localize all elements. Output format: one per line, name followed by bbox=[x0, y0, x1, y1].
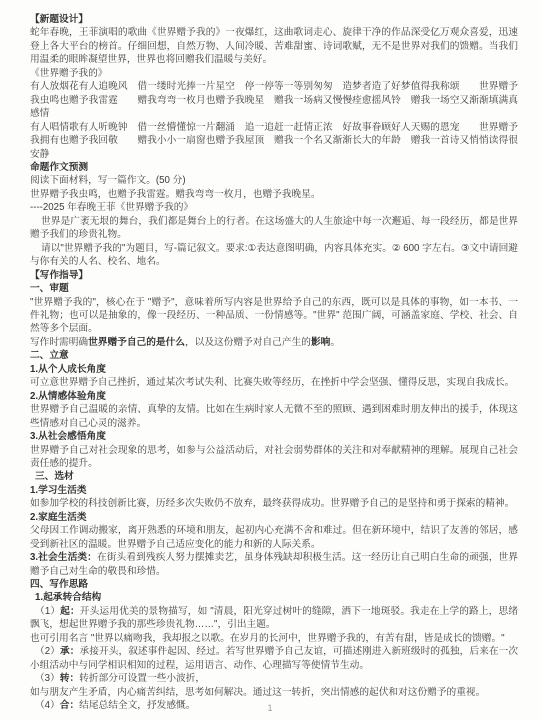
study-life-paragraph: 如参加学校的科技创新比赛，历经多次失败仍不放弃，最终获得成功。世界赠予自己的是坚… bbox=[30, 497, 518, 510]
bold-text-run: 3.从社会感悟角度 bbox=[30, 431, 106, 442]
text-run: "世界赠予我的"，核心在于 "赠予"，意味着所写内容是世界给予自己的东西，既可以… bbox=[30, 297, 518, 335]
structure-qi-paragraph: （1）起：开头运用优美的景物描写，如 "清晨，阳光穿过树叶的缝隙，洒下一地斑驳。… bbox=[30, 605, 518, 632]
text-run: 承接开头，叙述事件起因、经过。若写世界赠予自己友谊，可描述刚进入新班级时的孤独，… bbox=[30, 646, 518, 670]
bold-text-run: 3.社会生活类： bbox=[30, 552, 97, 563]
structure-zhuan-detail: 如与朋友产生矛盾，内心痛苦纠结，思考如何解决。通过这一转折，突出情感的起伏和对这… bbox=[30, 686, 518, 699]
heading-essay-prediction: 命题作文预测 bbox=[30, 161, 518, 174]
heading-topic-analysis: 一、审题 bbox=[30, 282, 518, 295]
text-run: 写作时需明确 bbox=[30, 337, 88, 348]
text-run: 世界赠予我虫鸣，也赠予我雷霆。赠我弯弯一枚月，也赠予我晚星。 bbox=[30, 189, 321, 200]
bold-text-run: 四、写作思路 bbox=[30, 579, 88, 590]
structure-cheng-paragraph: （2）承：承接开头，叙述事件起因、经过。若写世界赠予自己友谊，可描述刚进入新班级… bbox=[30, 645, 518, 672]
text-run: 开头运用优美的景物描写，如 "清晨，阳光穿过树叶的缝隙，洒下一地斑驳。我走在上学… bbox=[30, 606, 518, 630]
heading-writing-approach: 四、写作思路 bbox=[30, 578, 518, 591]
text-run: 。 bbox=[330, 337, 340, 348]
heading-structure: 1.起承转合结构 bbox=[30, 591, 518, 604]
page-number: 1 bbox=[267, 703, 272, 713]
text-run: （3） bbox=[35, 673, 60, 684]
text-run: 有人唱情歌有人听晚钟 借一丝懵懂惊一片翻涌 追一追赶一赶情正浓 好故事眷顾好人天… bbox=[30, 122, 518, 160]
bold-text-run: 一、审题 bbox=[30, 283, 69, 294]
text-run: ----2025 年春晚王菲《世界赠予我的》 bbox=[30, 202, 193, 213]
text-run: 阅读下面材料，写一篇作文。(50 分) bbox=[30, 175, 186, 186]
family-life-paragraph: 父母因工作调动搬家，离开熟悉的环境和朋友，起初内心充满不舍和难过。但在新环境中，… bbox=[30, 524, 518, 551]
heading-social-insight-angle: 3.从社会感悟角度 bbox=[30, 430, 518, 443]
bold-text-run: 承： bbox=[60, 646, 80, 657]
heading-writing-guidance: 【写作指导】 bbox=[30, 269, 518, 282]
text-run: 世界是广袤无垠的舞台，我们都是舞台上的行者。在这场盛大的人生旅途中每一次邂逅、每… bbox=[30, 216, 518, 240]
bold-text-run: 命题作文预测 bbox=[30, 162, 88, 173]
text-run: （2） bbox=[35, 646, 60, 657]
heading-new-topic-design: 【新题设计】 bbox=[30, 13, 518, 26]
heading-family-life: 2.家庭生活类 bbox=[30, 511, 518, 524]
text-run: 世界赠予自己温暖的亲情、真挚的友情。比如在生病时家人无微不至的照顾、遇到困难时朋… bbox=[30, 404, 518, 428]
heading-material-selection: 三、选材 bbox=[30, 470, 518, 483]
text-run: 也可引用名言 "世界以痛吻我，我却报之以歌。在岁月的长河中，世界赠予我的，有苦有… bbox=[30, 633, 505, 644]
text-run: 请以"世界赠予我的"为题目，写-篇记叙文。要求:①表达意图明确，内容具体充实。②… bbox=[30, 243, 518, 267]
bold-text-run: 1.学习生活类 bbox=[30, 485, 87, 496]
text-run: 转折部分可设置一些小波折， bbox=[79, 673, 205, 684]
structure-zhuan-paragraph: （3）转：转折部分可设置一些小波折， bbox=[30, 672, 518, 685]
text-run: 蛇年春晚，王菲演唱的歌曲《世界赠予我的》一夜爆红，这曲歌词走心、旋律干净的作品深… bbox=[30, 27, 518, 65]
bold-text-run: 二、立意 bbox=[30, 350, 69, 361]
text-run: 《世界赠予我的》 bbox=[30, 68, 108, 79]
bold-text-run: 【写作指导】 bbox=[30, 270, 88, 281]
lyrics-verse-2: 有人唱情歌有人听晚钟 借一丝懵懂惊一片翻涌 追一追赶一赶情正浓 好故事眷顾好人天… bbox=[30, 121, 518, 161]
heading-emotional-experience-angle: 2.从情感体验角度 bbox=[30, 390, 518, 403]
quote-source: ----2025 年春晚王菲《世界赠予我的》 bbox=[30, 201, 518, 214]
text-run: 在街头看到残疾人努力摆摊卖艺，虽身体残缺却积极生活。这一经历让自己明白生命的顽强… bbox=[30, 552, 518, 576]
bold-text-run: 1.从个人成长角度 bbox=[30, 364, 106, 375]
bold-text-run: 1.起承转合结构 bbox=[35, 592, 101, 603]
structure-qi-quote: 也可引用名言 "世界以痛吻我，我却报之以歌。在岁月的长河中，世界赠予我的，有苦有… bbox=[30, 632, 518, 645]
bold-text-run: 转： bbox=[60, 673, 79, 684]
bold-text-run: 2.从情感体验角度 bbox=[30, 391, 106, 402]
text-run: 如与朋友产生矛盾，内心痛苦纠结，思考如何解决。通过这一转折，突出情感的起伏和对这… bbox=[30, 687, 485, 698]
text-run: 有人放烟花有人追晚风 借一缕时光捧一片星空 停一停等一等别匆匆 造梦者造了好梦值… bbox=[30, 81, 518, 119]
emotional-experience-paragraph: 世界赠予自己温暖的亲情、真挚的友情。比如在生病时家人无微不至的照顾、遇到困难时朋… bbox=[30, 403, 518, 430]
bold-text-run: 影响 bbox=[311, 337, 330, 348]
social-life-paragraph: 3.社会生活类：在街头看到残疾人努力摆摊卖艺，虽身体残缺却积极生活。这一经历让自… bbox=[30, 551, 518, 578]
heading-study-life: 1.学习生活类 bbox=[30, 484, 518, 497]
text-run: 父母因工作调动搬家，离开熟悉的环境和朋友，起初内心充满不舍和难过。但在新环境中，… bbox=[30, 525, 518, 549]
document-content: 【新题设计】蛇年春晚，王菲演唱的歌曲《世界赠予我的》一夜爆红，这曲歌词走心、旋律… bbox=[30, 13, 518, 713]
bold-text-run: 世界赠予自己的是什么 bbox=[88, 337, 185, 348]
material-paragraph: 世界是广袤无垠的舞台，我们都是舞台上的行者。在这场盛大的人生旅途中每一次邂逅、每… bbox=[30, 215, 518, 242]
bold-text-run: 起： bbox=[60, 606, 80, 617]
lyrics-verse-1: 有人放烟花有人追晚风 借一缕时光捧一片星空 停一停等一等别匆匆 造梦者造了好梦值… bbox=[30, 80, 518, 120]
bold-text-run: 2.家庭生活类 bbox=[30, 512, 87, 523]
text-run: 世界赠予自己对社会现象的思考，如参与公益活动后，对社会弱势群体的关注和对奉献精神… bbox=[30, 445, 518, 469]
text-run: 可立意世界赠予自己挫折，通过某次考试失利、比赛失败等经历，在挫折中学会坚强、懂得… bbox=[30, 377, 514, 388]
quote-material: 世界赠予我虫鸣，也赠予我雷霆。赠我弯弯一枚月，也赠予我晚星。 bbox=[30, 188, 518, 201]
topic-analysis-key: 写作时需明确世界赠予自己的是什么，以及这份赠予对自己产生的影响。 bbox=[30, 336, 518, 349]
bold-text-run: 【新题设计】 bbox=[30, 14, 88, 25]
social-insight-paragraph: 世界赠予自己对社会现象的思考，如参与公益活动后，对社会弱势群体的关注和对奉献精神… bbox=[30, 444, 518, 471]
text-run: 如参加学校的科技创新比赛，历经多次失败仍不放弃，最终获得成功。世界赠予自己的是坚… bbox=[30, 498, 514, 509]
requirements-paragraph: 请以"世界赠予我的"为题目，写-篇记叙文。要求:①表达意图明确，内容具体充实。②… bbox=[30, 242, 518, 269]
page-footer: 1 bbox=[0, 703, 540, 713]
text-run: （1） bbox=[35, 606, 60, 617]
bold-text-run: 三、选材 bbox=[35, 471, 74, 482]
intro-paragraph: 蛇年春晚，王菲演唱的歌曲《世界赠予我的》一夜爆红，这曲歌词走心、旋律干净的作品深… bbox=[30, 26, 518, 66]
heading-conception: 二、立意 bbox=[30, 349, 518, 362]
document-page: 【新题设计】蛇年春晚，王菲演唱的歌曲《世界赠予我的》一夜爆红，这曲歌词走心、旋律… bbox=[0, 0, 540, 720]
text-run: ，以及这份赠予对自己产生的 bbox=[185, 337, 311, 348]
heading-personal-growth-angle: 1.从个人成长角度 bbox=[30, 363, 518, 376]
song-title: 《世界赠予我的》 bbox=[30, 67, 518, 80]
topic-analysis-paragraph: "世界赠予我的"，核心在于 "赠予"，意味着所写内容是世界给予自己的东西，既可以… bbox=[30, 296, 518, 336]
task-instruction: 阅读下面材料，写一篇作文。(50 分) bbox=[30, 174, 518, 187]
personal-growth-paragraph: 可立意世界赠予自己挫折，通过某次考试失利、比赛失败等经历，在挫折中学会坚强、懂得… bbox=[30, 376, 518, 389]
